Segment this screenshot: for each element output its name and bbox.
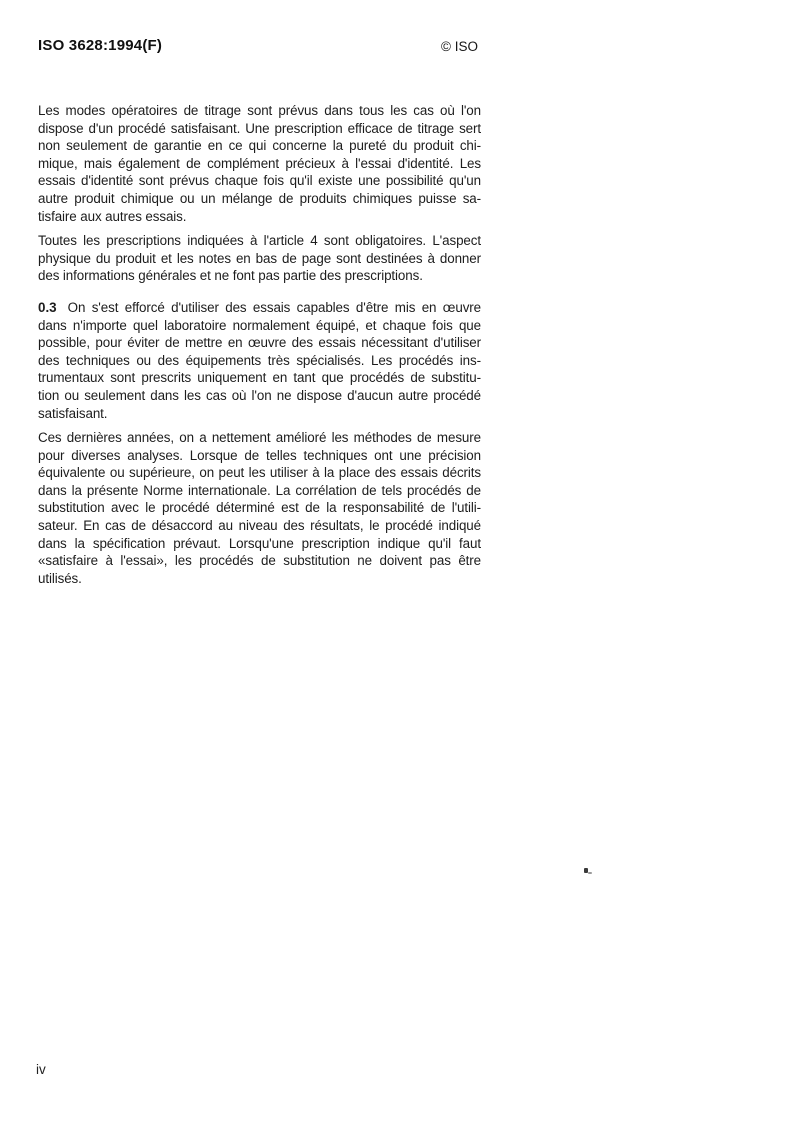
text-line: physique du produit et les notes en bas … <box>38 250 481 268</box>
text-line: dans la spécification prévaut. Lorsqu'un… <box>38 535 481 553</box>
text-line: substitution avec le procédé déterminé e… <box>38 499 481 517</box>
document-reference: ISO 3628:1994(F) <box>38 37 162 54</box>
page-number: iv <box>36 1062 46 1077</box>
text-line: des techniques ou des équipements très s… <box>38 352 481 370</box>
text-line: Ces dernières années, on a nettement amé… <box>38 429 481 447</box>
text-line: essais d'identité sont prévus chaque foi… <box>38 172 481 190</box>
text-line: dispose d'un procédé satisfaisant. Une p… <box>38 120 481 138</box>
copyright-notice: © ISO <box>441 39 478 54</box>
text-line: Les modes opératoires de titrage sont pr… <box>38 102 481 120</box>
text-line: dans n'importe quel laboratoire normalem… <box>38 317 481 335</box>
section-paragraph: 0.3On s'est efforcé d'utiliser des essai… <box>38 299 481 422</box>
paragraph: Toutes les prescriptions indiquées à l'a… <box>38 232 481 285</box>
text-line: utilisés. <box>38 570 481 588</box>
text-line: possible, pour éviter de mettre en œuvre… <box>38 334 481 352</box>
scan-artifact-speck <box>584 868 592 875</box>
text-line: non seulement de garantie en ce qui conc… <box>38 137 481 155</box>
text-line: autre produit chimique ou un mélange de … <box>38 190 481 208</box>
text-line: tisfaire aux autres essais. <box>38 208 481 226</box>
text-line: équivalente ou supérieure, on peut les u… <box>38 464 481 482</box>
text-line: satisfaisant. <box>38 405 481 423</box>
document-page: ISO 3628:1994(F) © ISO Les modes opérato… <box>0 0 796 1122</box>
text-line: sateur. En cas de désaccord au niveau de… <box>38 517 481 535</box>
speck-light-dot <box>588 872 592 874</box>
text-line: dans la présente Norme internationale. L… <box>38 482 481 500</box>
text-line: mique, mais également de complément préc… <box>38 155 481 173</box>
text-line: des informations générales et ne font pa… <box>38 267 481 285</box>
section-number: 0.3 <box>38 300 57 315</box>
paragraph: Ces dernières années, on a nettement amé… <box>38 429 481 587</box>
paragraph: Les modes opératoires de titrage sont pr… <box>38 102 481 225</box>
body-paragraphs: Les modes opératoires de titrage sont pr… <box>38 102 481 594</box>
text-line: «satisfaire à l'essai», les procédés de … <box>38 552 481 570</box>
text-line: 0.3On s'est efforcé d'utiliser des essai… <box>38 299 481 317</box>
text-line: trumentaux sont prescrits uniquement en … <box>38 369 481 387</box>
text-line: tion ou seulement dans les cas où l'on n… <box>38 387 481 405</box>
text-line: Toutes les prescriptions indiquées à l'a… <box>38 232 481 250</box>
text-line: pour diverses analyses. Lorsque de telle… <box>38 447 481 465</box>
